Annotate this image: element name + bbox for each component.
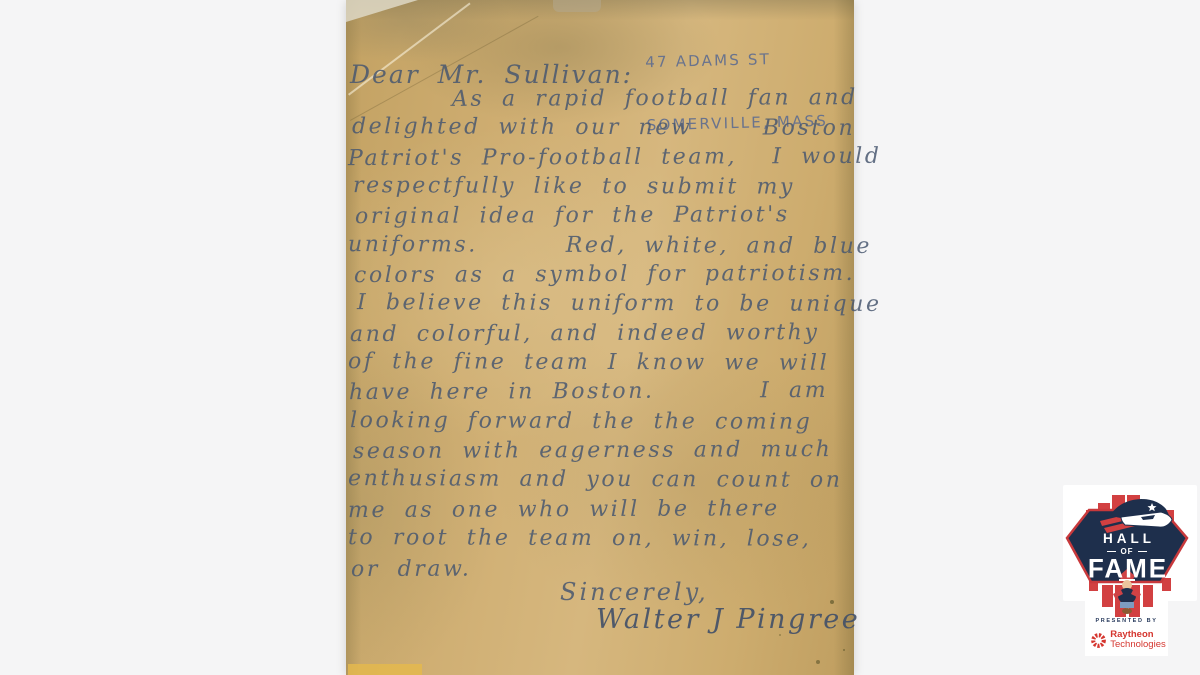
- hof-title-line3: FAME: [1067, 552, 1187, 584]
- dash-left: [1107, 551, 1116, 552]
- letter-signature: Walter J Pingree: [596, 604, 860, 635]
- letter-body: As a rapid football fan and delighted wi…: [348, 84, 854, 583]
- letter-line: delighted with our new Boston: [352, 112, 854, 143]
- letter-line: looking forward the the coming: [350, 406, 854, 437]
- letter-line: enthusiasm and you can count on: [348, 465, 854, 496]
- paper-stain: [348, 664, 422, 675]
- letter-line: respectfully like to submit my: [353, 171, 854, 202]
- letter-line: As a rapid football fan and: [452, 83, 854, 114]
- letter-line: have here in Boston. I am: [349, 376, 854, 408]
- letter-line: uniforms. Red, white, and blue: [348, 230, 854, 261]
- letter-line: to root the team on, win, lose,: [348, 523, 854, 554]
- raytheon-icon: [1090, 632, 1107, 649]
- hall-of-fame-logo: HALL OF FAME PRESENTED BY Raytheon Techn…: [1063, 483, 1197, 658]
- sponsor-lockup: Raytheon Technologies: [1083, 627, 1173, 653]
- address-line-1: 47 ADAMS ST: [645, 48, 827, 73]
- dash-right: [1138, 551, 1147, 552]
- letter-line: Patriot's Pro-football team, I would: [348, 142, 854, 174]
- hof-title-line1: HALL: [1067, 531, 1187, 546]
- letter-line: of the fine team I know we will: [348, 347, 854, 378]
- letter-line: season with eagerness and much: [353, 435, 854, 467]
- letter-line: original idea for the Patriot's: [355, 200, 854, 232]
- letter-line: and colorful, and indeed worthy: [350, 318, 854, 350]
- letter-line: me as one who will be there: [348, 494, 854, 526]
- sponsor-name: Raytheon Technologies: [1110, 630, 1165, 651]
- letter-line: I believe this uniform to be unique: [357, 289, 854, 320]
- sponsor-name-line2: Technologies: [1110, 640, 1165, 651]
- letter-line: colors as a symbol for patriotism.: [354, 259, 854, 291]
- presented-by-label: PRESENTED BY: [1085, 618, 1168, 624]
- letter-closing: Sincerely,: [560, 578, 709, 606]
- paper-tape-patch: [553, 0, 601, 12]
